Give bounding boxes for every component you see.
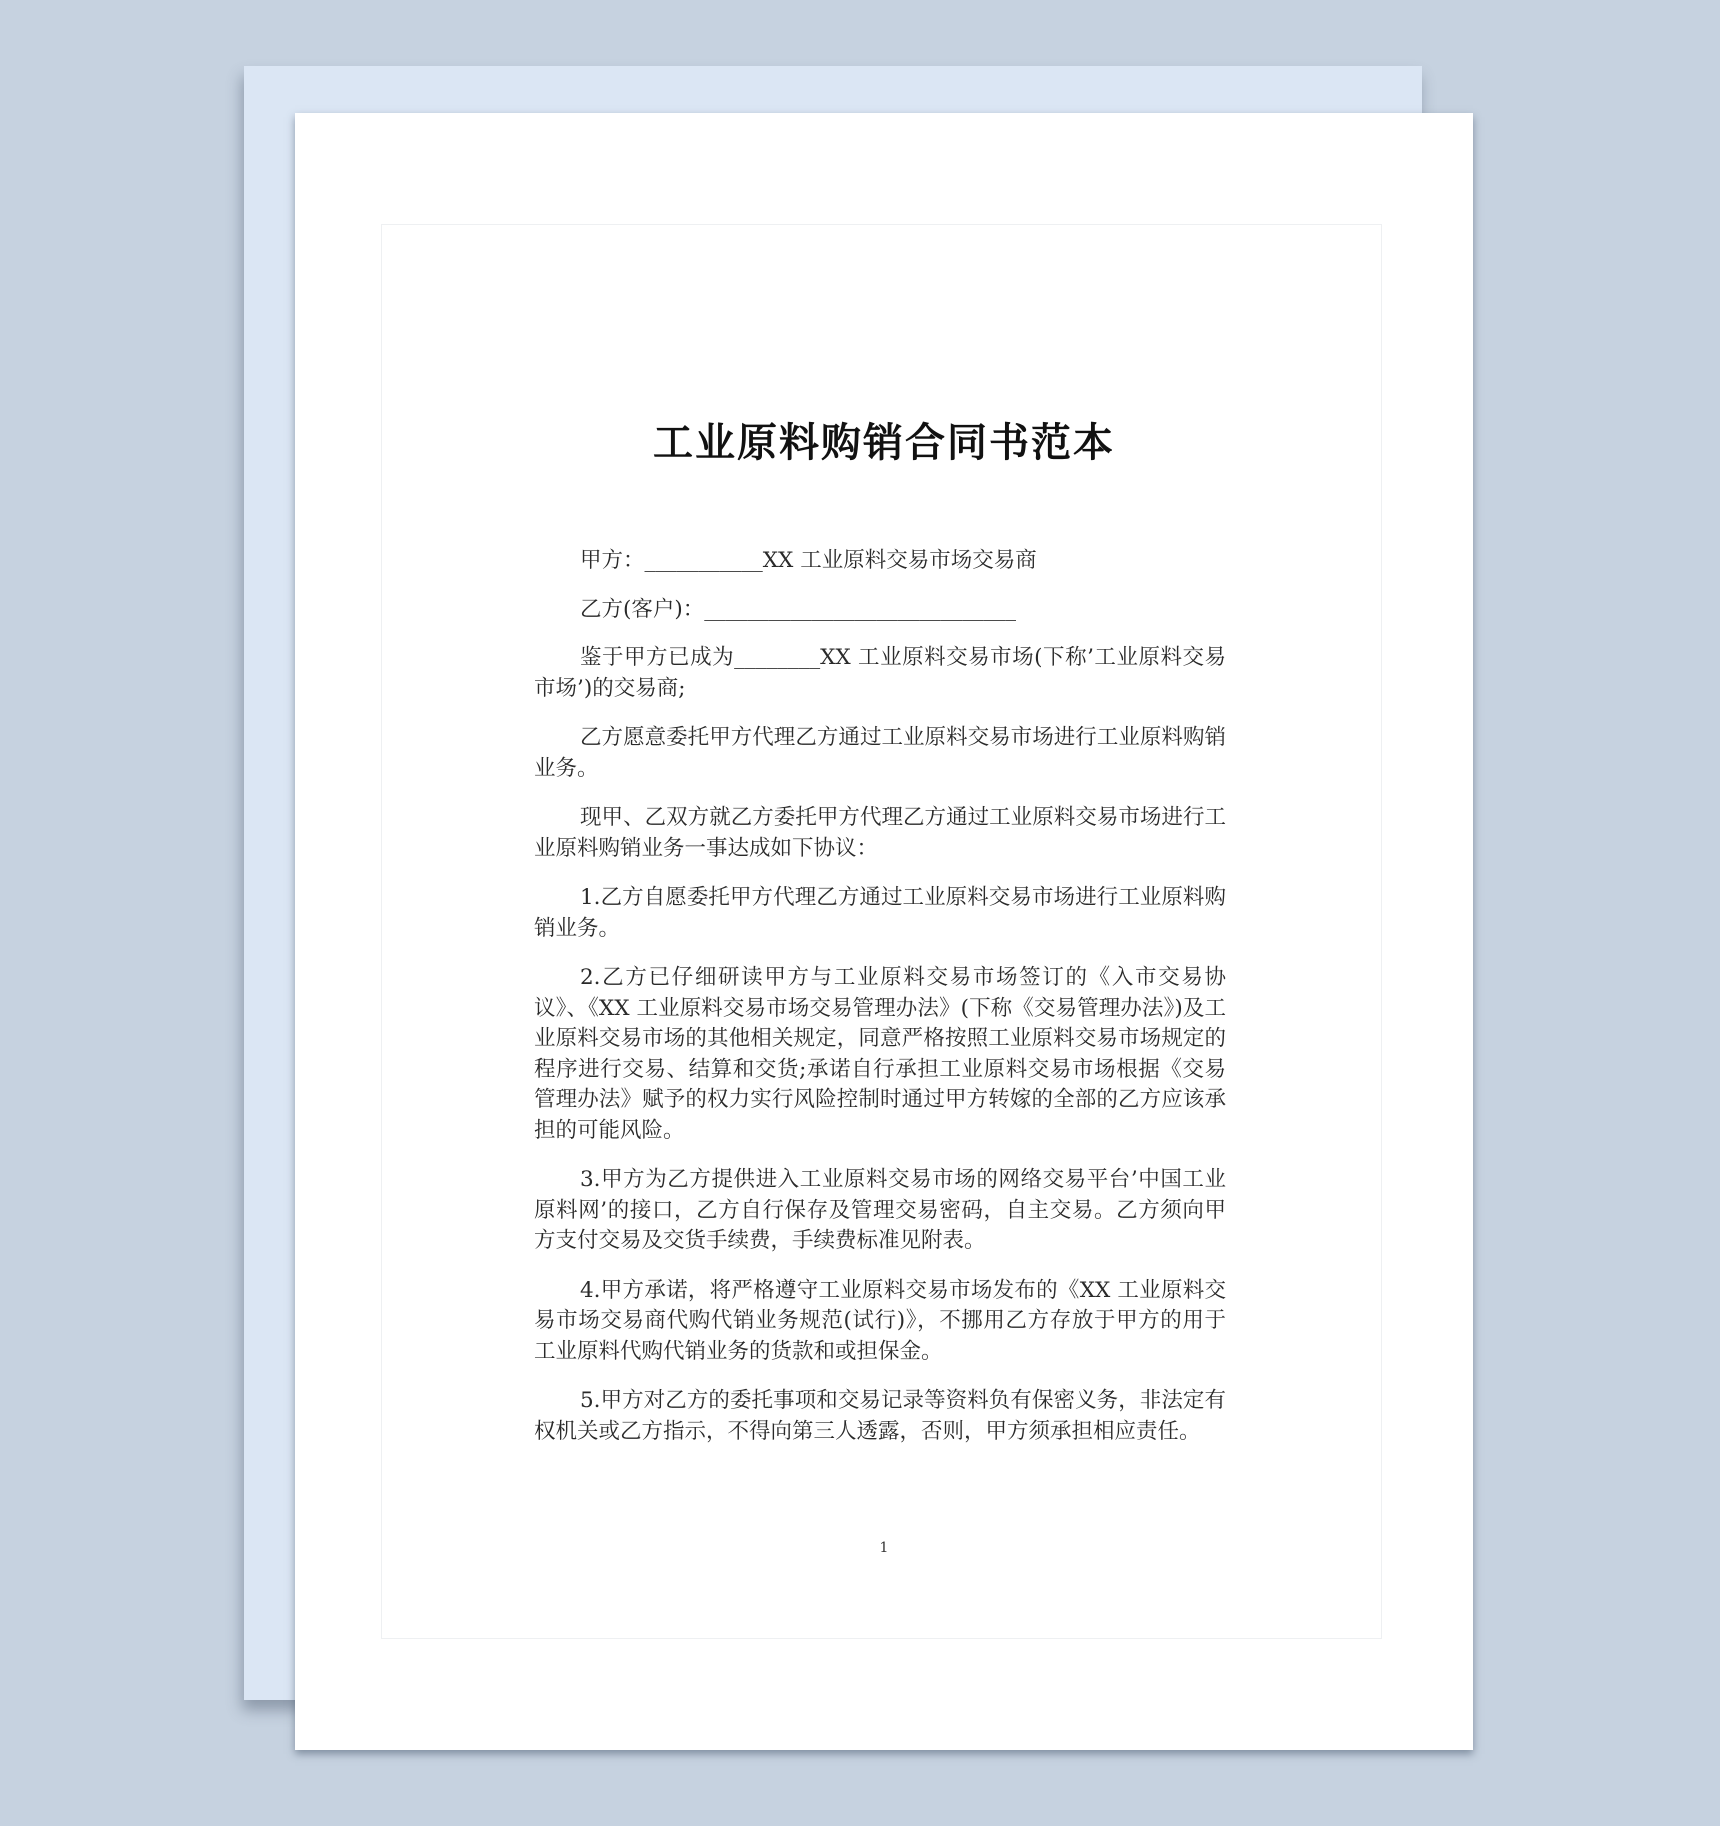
front-page-sheet: 工业原料购销合同书范本 甲方：___________XX 工业原料交易市场交易商… <box>295 113 1473 1750</box>
page-number: 1 <box>295 1540 1473 1556</box>
party-a-line: 甲方：___________XX 工业原料交易市场交易商 <box>534 546 1226 577</box>
document-body: 甲方：___________XX 工业原料交易市场交易商 乙方(客户)：____… <box>534 546 1226 1466</box>
clause-3: 3.甲方为乙方提供进入工业原料交易市场的网络交易平台’中国工业原料网’的接口，乙… <box>534 1165 1226 1257</box>
clause-2: 2.乙方已仔细研读甲方与工业原料交易市场签订的《入市交易协议》、《XX 工业原料… <box>534 963 1226 1146</box>
document-title: 工业原料购销合同书范本 <box>295 411 1473 468</box>
paragraph-recital: 鉴于甲方已成为________XX 工业原料交易市场(下称’工业原料交易市场’)… <box>534 643 1226 704</box>
paragraph-agreement-intro: 现甲、乙双方就乙方委托甲方代理乙方通过工业原料交易市场进行工业原料购销业务一事达… <box>534 803 1226 864</box>
clause-5: 5.甲方对乙方的委托事项和交易记录等资料负有保密义务，非法定有权机关或乙方指示，… <box>534 1386 1226 1447</box>
clause-1: 1.乙方自愿委托甲方代理乙方通过工业原料交易市场进行工业原料购销业务。 <box>534 883 1226 944</box>
clause-4: 4.甲方承诺，将严格遵守工业原料交易市场发布的《XX 工业原料交易市场交易商代购… <box>534 1276 1226 1368</box>
paragraph-intent: 乙方愿意委托甲方代理乙方通过工业原料交易市场进行工业原料购销业务。 <box>534 723 1226 784</box>
party-b-line: 乙方(客户)：_____________________________ <box>534 595 1226 626</box>
